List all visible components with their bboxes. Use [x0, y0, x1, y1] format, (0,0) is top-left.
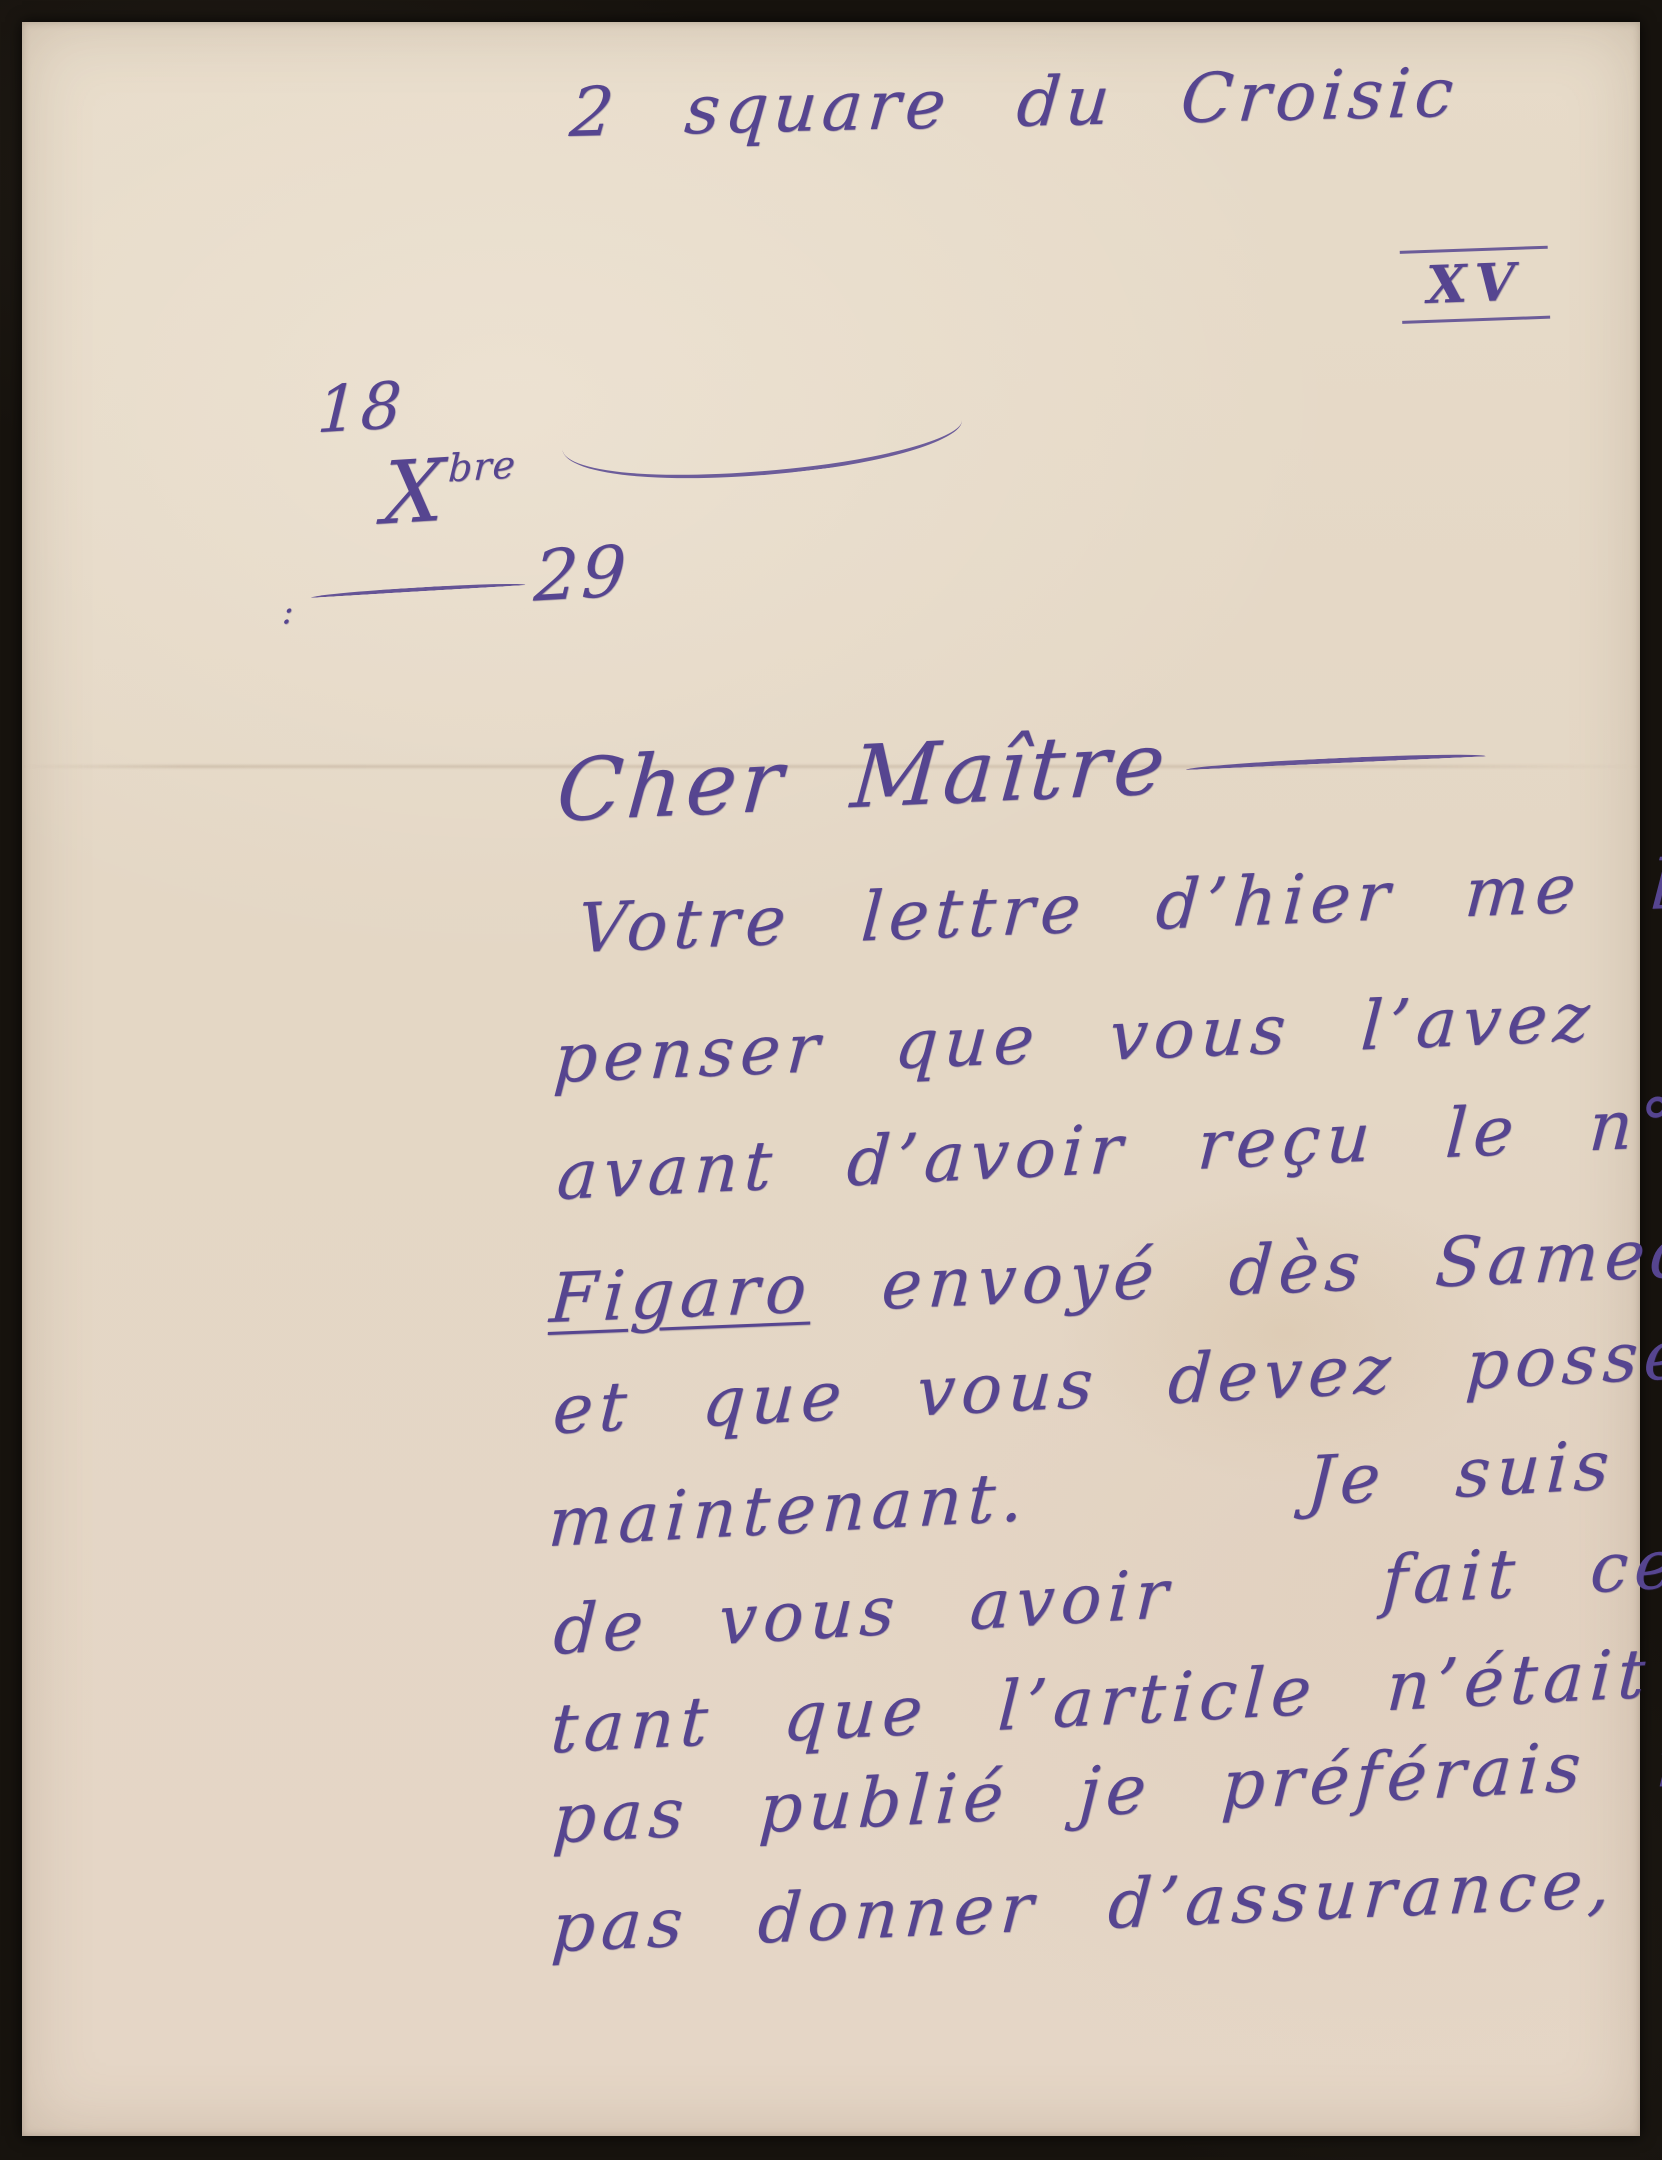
date-month-suffix: bre [447, 442, 517, 490]
pen-stroke [311, 581, 526, 598]
scan-background: 2 square du Croisic XV 18 Xbre :29 Cher … [0, 0, 1662, 2160]
pen-dash [1186, 751, 1486, 770]
line-text: pas donner d’assurance, mais [549, 1834, 1662, 1969]
district-line: XV [1241, 185, 1553, 391]
abbreviation-mark: : [281, 592, 297, 633]
letter-paper: 2 square du Croisic XV 18 Xbre :29 Cher … [22, 22, 1640, 2136]
date-day: 18 [315, 369, 406, 449]
date-year: 29 [532, 530, 631, 618]
date-month-numeral: X [381, 440, 450, 544]
district-number: XV [1399, 246, 1550, 324]
address-line: 2 square du Croisic [567, 54, 1461, 153]
